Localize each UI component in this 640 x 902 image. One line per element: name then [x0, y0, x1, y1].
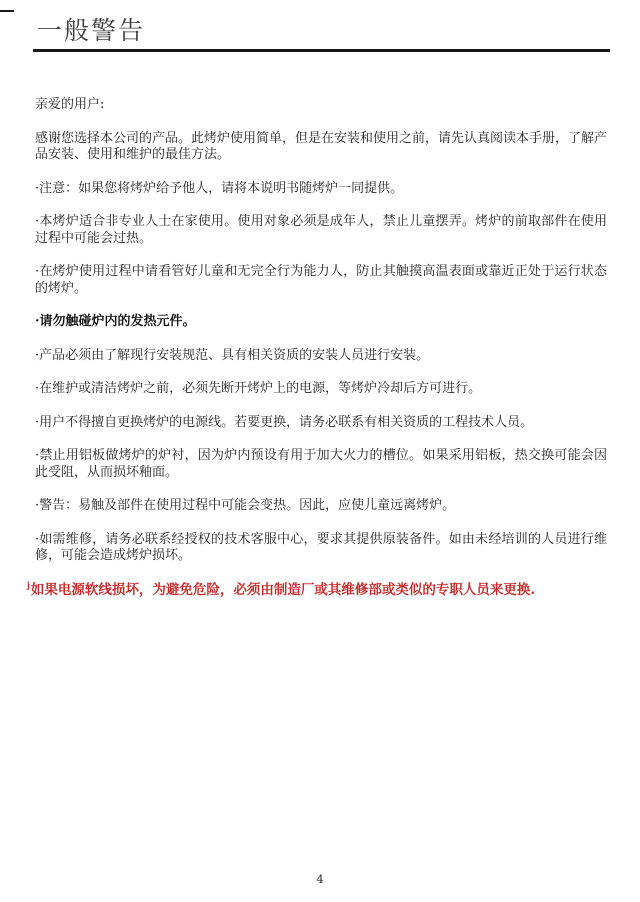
intro-paragraph: 感谢您选择本公司的产品。此烤炉使用简单，但是在安装和使用之前，请先认真阅读本手册… — [35, 131, 607, 164]
bullet-list: ·注意：如果您将烤炉给予他人，请将本说明书随烤炉一同提供。·本烤炉适合非专业人士… — [35, 181, 607, 565]
bullet-paragraph: ·用户不得擅自更换烤炉的电源线。若要更换，请务必联系有相关资质的工程技术人员。 — [35, 415, 607, 432]
bullet-paragraph: ·本烤炉适合非专业人士在家使用。使用对象必须是成年人，禁止儿童摆弄。烤炉的前取部… — [35, 214, 607, 247]
page-title: 一般警告 — [37, 16, 610, 46]
page-header: 一般警告 — [0, 0, 640, 46]
footnote-mark: j — [27, 580, 30, 590]
bullet-paragraph: ·警告：易触及部件在使用过程中可能会变热。因此，应使儿童远离烤炉。 — [35, 498, 607, 515]
bullet-paragraph: ·禁止用铝板做烤炉的炉衬，因为炉内预设有用于加大火力的槽位。如果采用铝板，热交换… — [35, 448, 607, 481]
manual-page: 一般警告 亲爱的用户: 感谢您选择本公司的产品。此烤炉使用简单，但是在安装和使用… — [0, 0, 640, 902]
page-edge-mark — [0, 10, 14, 12]
bullet-paragraph: ·注意：如果您将烤炉给予他人，请将本说明书随烤炉一同提供。 — [35, 181, 607, 198]
page-number: 4 — [0, 872, 640, 886]
bullet-paragraph: ·在烤炉使用过程中请看管好儿童和无完全行为能力人，防止其触摸高温表面或靠近正处于… — [35, 264, 607, 297]
bullet-paragraph: ·产品必须由了解现行安装规范、具有相关资质的安装人员进行安装。 — [35, 348, 607, 365]
title-rule — [33, 49, 610, 52]
warning-paragraph: j如果电源软线损坏，为避免危险，必须由制造厂或其维修部或类似的专职人员来更换. — [27, 582, 607, 599]
salutation-paragraph: 亲爱的用户: — [35, 97, 607, 114]
bullet-paragraph: ·在维护或清洁烤炉之前，必须先断开烤炉上的电源，等烤炉冷却后方可进行。 — [35, 381, 607, 398]
page-content: 亲爱的用户: 感谢您选择本公司的产品。此烤炉使用简单，但是在安装和使用之前，请先… — [35, 97, 607, 598]
bullet-paragraph: ·请勿触碰炉内的发热元件。 — [35, 314, 607, 331]
warning-text: 如果电源软线损坏，为避免危险，必须由制造厂或其维修部或类似的专职人员来更换. — [31, 582, 535, 598]
bullet-paragraph: ·如需维修，请务必联系经授权的技术客服中心，要求其提供原装备件。如由未经培训的人… — [35, 532, 607, 565]
